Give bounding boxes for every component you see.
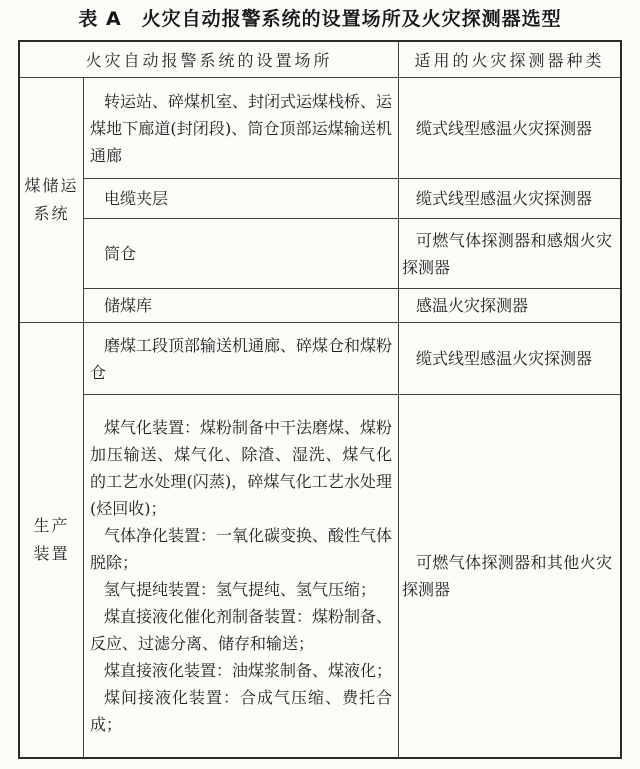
group-label-line: 生产	[33, 512, 69, 540]
fire-alarm-selection-table: 火灾自动报警系统的设置场所 适用的火灾探测器种类 煤储运 系统 转运站、碎煤机室…	[18, 40, 622, 759]
header-location-column: 火灾自动报警系统的设置场所	[20, 42, 398, 77]
detector-cell-coal-mill-gallery: 缆式线型感温火灾探测器	[398, 322, 620, 394]
location-text: 电缆夹层	[90, 185, 392, 212]
group-label-line: 煤储运	[24, 172, 78, 200]
location-cell-cable-mezzanine: 电缆夹层	[83, 178, 398, 218]
location-paragraph: 煤气化装置：煤粉制备中干法磨煤、煤粉加压输送、煤气化、除渣、湿洗、煤气化的工艺水…	[90, 414, 392, 522]
location-paragraph: 气体净化装置：一氧化碳变换、酸性气体脱除；	[90, 522, 392, 576]
location-cell-coal-storage: 储煤库	[83, 288, 398, 322]
detector-cell-silo: 可燃气体探测器和感烟火灾探测器	[398, 218, 620, 288]
detector-text: 可燃气体探测器和感烟火灾探测器	[402, 227, 612, 281]
table-title: 表 A 火灾自动报警系统的设置场所及火灾探测器选型	[0, 6, 640, 32]
detector-cell-cable-mezzanine: 缆式线型感温火灾探测器	[398, 178, 620, 218]
detector-cell-gasification-units: 可燃气体探测器和其他火灾探测器	[398, 394, 620, 757]
location-cell-coal-mill-gallery: 磨煤工段顶部输送机通廊、碎煤仓和煤粉仓	[83, 322, 398, 394]
detector-text: 可燃气体探测器和其他火灾探测器	[402, 549, 612, 603]
location-paragraph: 煤直接液化催化剂制备装置：煤粉制备、反应、过滤分离、储存和输送；	[90, 603, 392, 657]
location-cell-silo: 筒仓	[83, 218, 398, 288]
header-detector-column: 适用的火灾探测器种类	[398, 42, 620, 77]
location-cell-transfer-station: 转运站、碎煤机室、封闭式运煤栈桥、运煤地下廊道(封闭段)、筒仓顶部运煤输送机通廊	[83, 77, 398, 178]
detector-text: 缆式线型感温火灾探测器	[402, 345, 612, 372]
location-text: 磨煤工段顶部输送机通廊、碎煤仓和煤粉仓	[90, 332, 392, 386]
detector-cell-transfer-station: 缆式线型感温火灾探测器	[398, 77, 620, 178]
location-paragraph: 煤直接液化装置：油煤浆制备、煤液化；	[90, 657, 392, 684]
document-page: 表 A 火灾自动报警系统的设置场所及火灾探测器选型 火灾自动报警系统的设置场所 …	[0, 0, 640, 769]
location-text: 转运站、碎煤机室、封闭式运煤栈桥、运煤地下廊道(封闭段)、筒仓顶部运煤输送机通廊	[90, 88, 392, 169]
location-text: 筒仓	[90, 240, 392, 267]
location-cell-gasification-units: 煤气化装置：煤粉制备中干法磨煤、煤粉加压输送、煤气化、除渣、湿洗、煤气化的工艺水…	[83, 394, 398, 757]
detector-text: 缆式线型感温火灾探测器	[402, 185, 612, 212]
group-label-line: 装置	[33, 540, 69, 568]
group-label-coal-storage-system: 煤储运 系统	[20, 77, 83, 322]
detector-cell-coal-storage: 感温火灾探测器	[398, 288, 620, 322]
group-label-line: 系统	[33, 200, 69, 228]
location-text: 储煤库	[90, 292, 392, 319]
location-paragraph: 氢气提纯装置：氢气提纯、氢气压缩；	[90, 576, 392, 603]
detector-text: 缆式线型感温火灾探测器	[402, 115, 612, 142]
location-paragraph: 煤间接液化装置：合成气压缩、费托合成；	[90, 684, 392, 738]
group-label-production-units: 生产 装置	[20, 322, 83, 757]
detector-text: 感温火灾探测器	[402, 292, 612, 319]
